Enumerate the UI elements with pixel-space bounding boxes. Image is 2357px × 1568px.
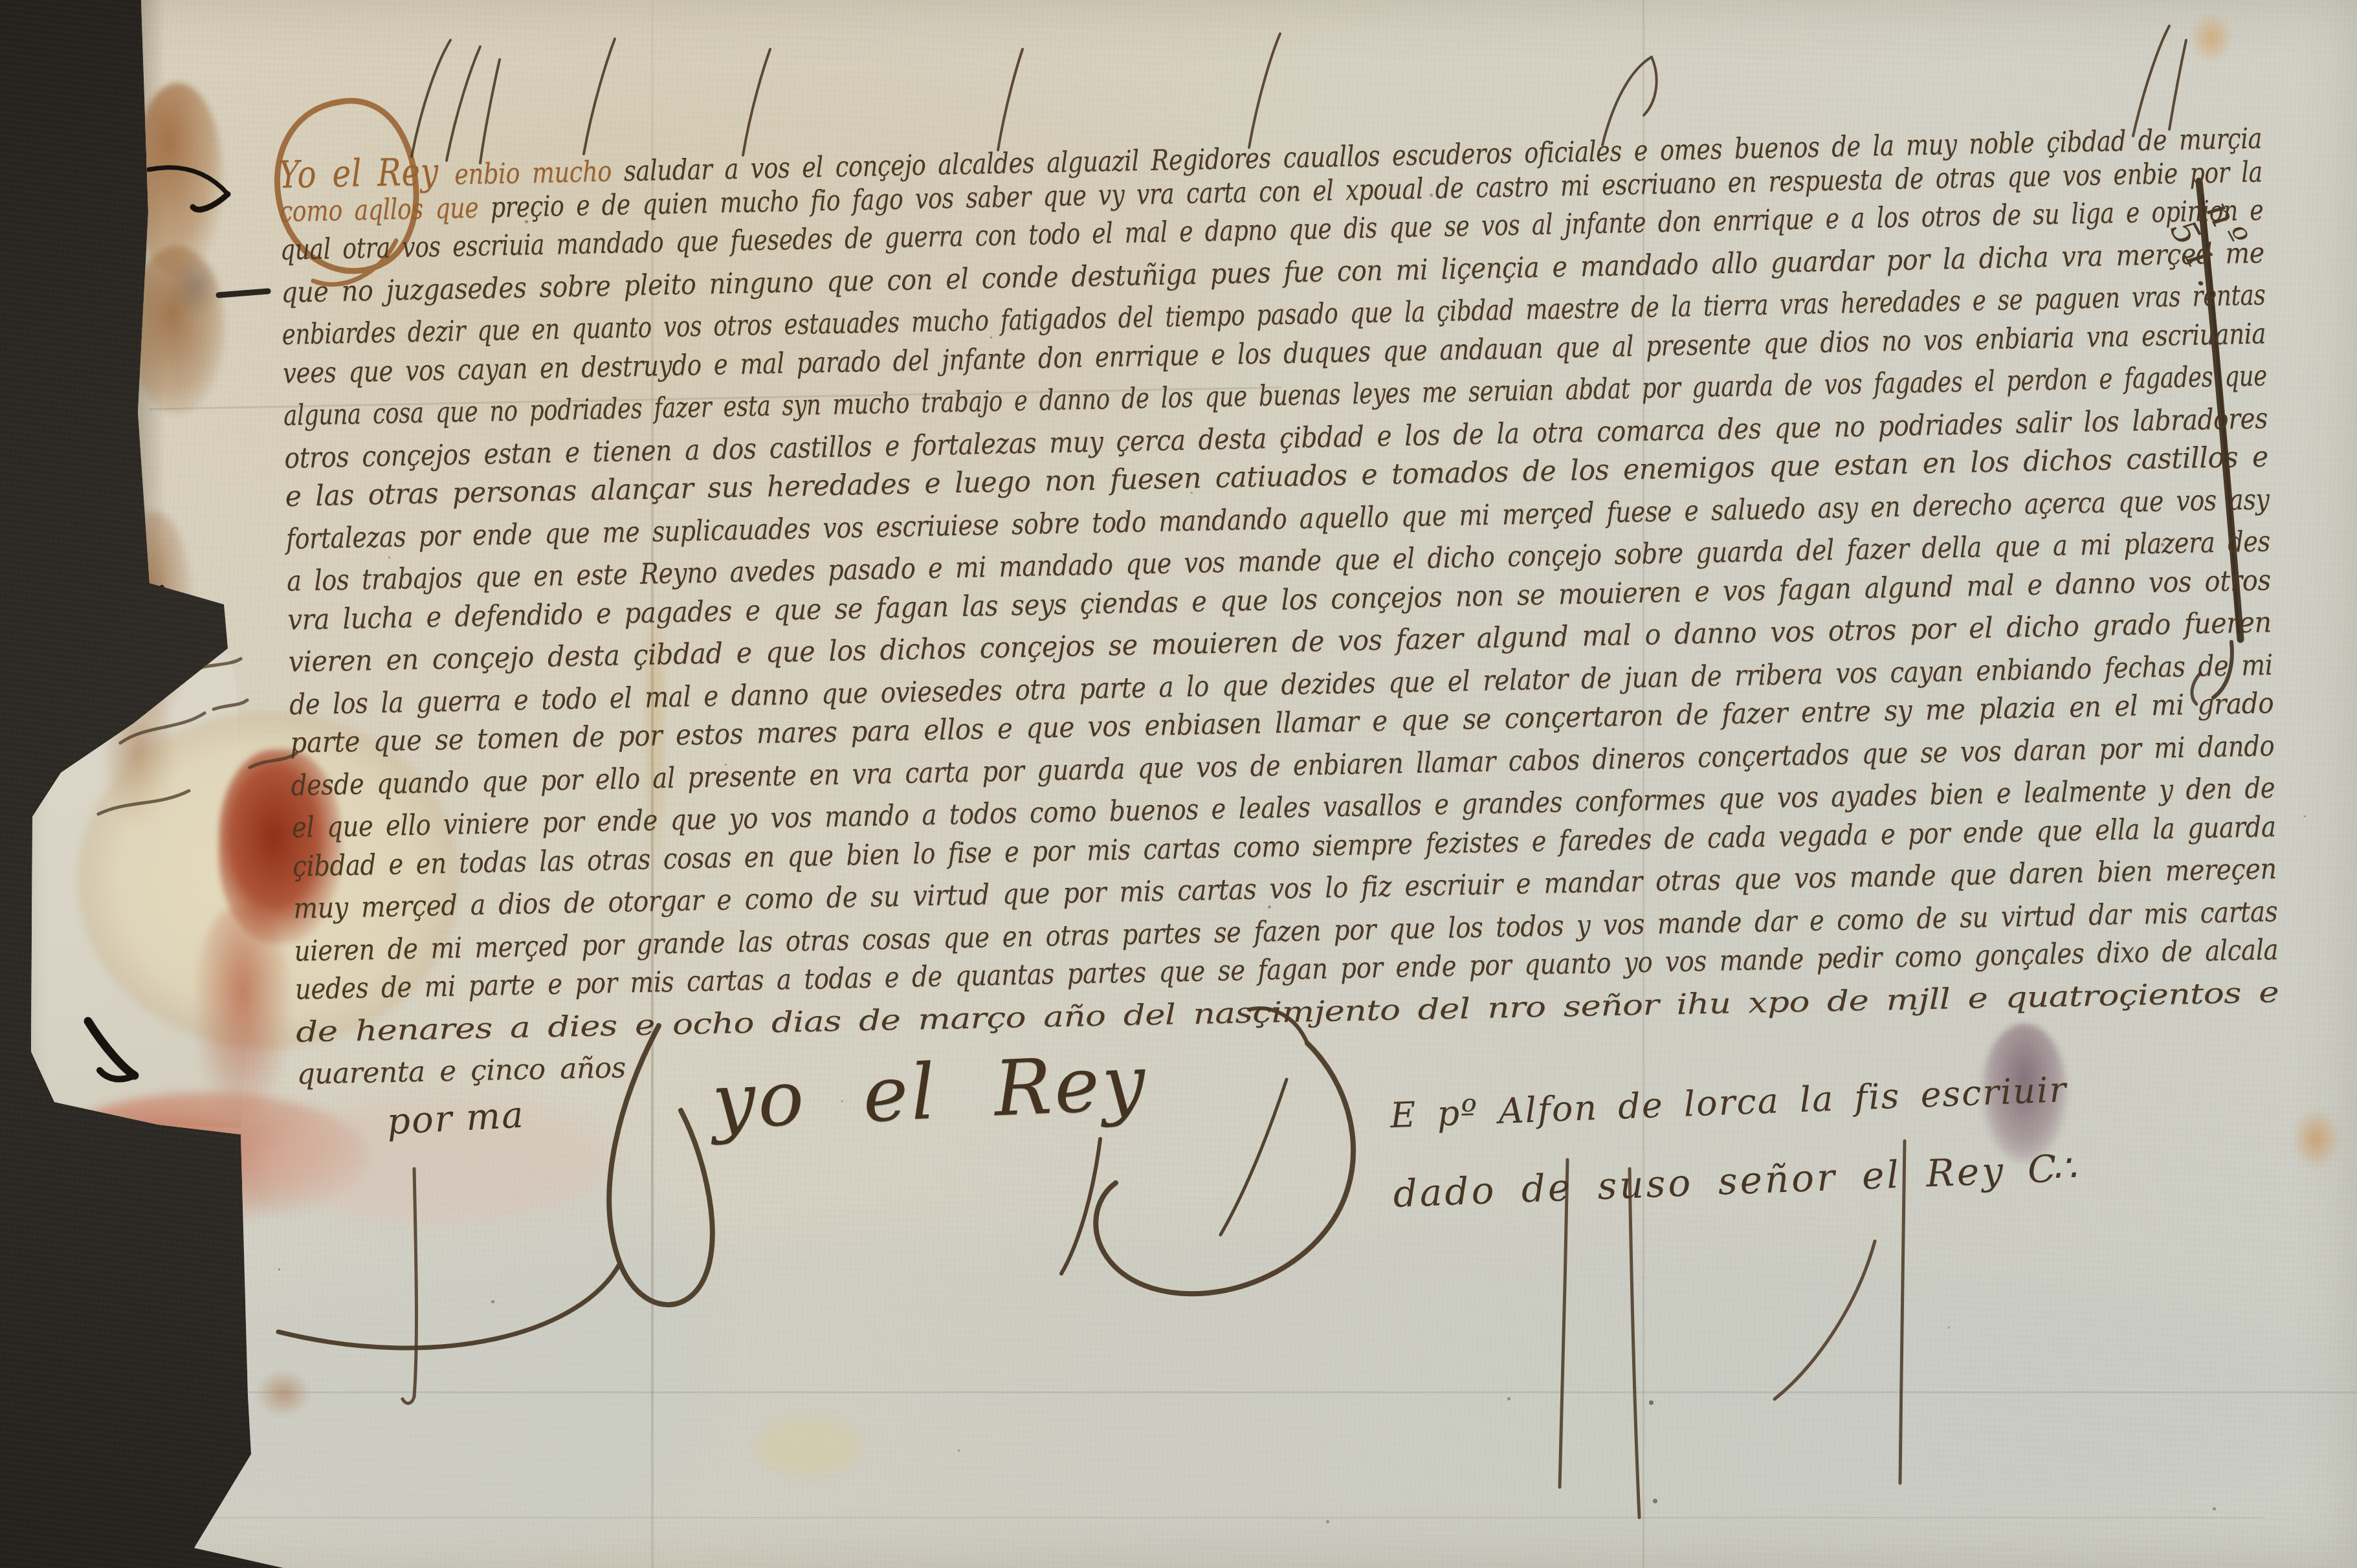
line-segment: enbio mucho bbox=[454, 155, 625, 191]
parchment-sheet: Yo el Rey enbio mucho saludar a vos el c… bbox=[0, 0, 2357, 1568]
manuscript-line: quarenta e çinco años bbox=[296, 1052, 626, 1099]
por-mandado-note: por ma bbox=[386, 1094, 526, 1143]
por-mandado-descender bbox=[403, 1169, 416, 1403]
letter-text-block: Yo el Rey enbio mucho saludar a vos el c… bbox=[278, 113, 2311, 1162]
secretary-rubric: C∴ bbox=[2027, 1146, 2074, 1192]
line-segment: como aqllos que bbox=[279, 191, 491, 228]
line-segment: quarenta e çinco años bbox=[296, 1052, 626, 1091]
scanned-manuscript: Yo el Rey enbio mucho saludar a vos el c… bbox=[0, 0, 2357, 1568]
line-segment: Yo el Rey bbox=[278, 149, 455, 197]
